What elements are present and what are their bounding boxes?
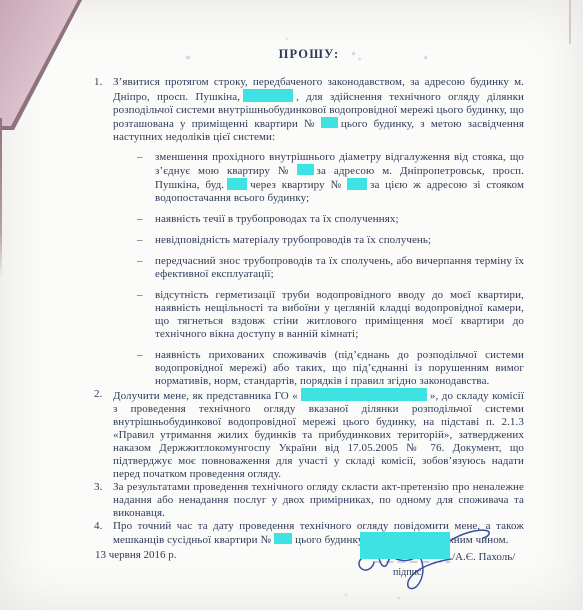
list-item: – наявність течії в трубопроводах та їх …	[113, 213, 524, 226]
bullet-dash: –	[137, 234, 143, 247]
page-fold-corner	[0, 0, 78, 126]
redaction-box-signature	[360, 532, 450, 559]
redaction-box-apartment-number	[347, 178, 367, 190]
list-item: – відсутність герметизації труби водопро…	[113, 289, 524, 341]
redaction-box-street-number	[243, 89, 293, 102]
list-item: – наявність прихованих споживачів (під’є…	[113, 349, 524, 388]
item-3-number: 3.	[94, 481, 102, 494]
scanned-document-page: ПРОШУ: 1. З’явитися протягом строку, пер…	[0, 0, 583, 610]
signee-name: /А.Є. Пахоль/	[452, 551, 515, 563]
scan-speck	[286, 38, 288, 40]
bullet-5-text: відсутність герметизації труби водопрові…	[155, 289, 524, 340]
list-item: – зменшення прохідного внутрішнього діам…	[113, 151, 524, 205]
bullet-dash: –	[137, 255, 143, 268]
scan-edge-line-right	[569, 0, 571, 44]
bullet-dash: –	[137, 213, 143, 226]
bullet-6-text: наявність прихованих споживачів (під’єдн…	[155, 349, 524, 387]
item-4-number: 4.	[94, 520, 102, 533]
list-item: – передчасний знос трубопроводів та їх с…	[113, 255, 524, 281]
item-2-text-b: », до складу комісії з проведення техніч…	[113, 390, 524, 480]
redaction-box-building-number	[227, 178, 247, 190]
numbered-item-3: 3. За результатами проведення технічного…	[94, 481, 524, 520]
item-3-text: За результатами проведення технічного ог…	[113, 481, 524, 519]
bullet-dash: –	[137, 349, 143, 362]
list-item: – невідповідність матеріалу трубопроводі…	[113, 234, 524, 247]
date-text: 13 червня 2016 р.	[95, 549, 177, 561]
bullet-1-text-c: через квартиру №	[250, 179, 344, 191]
document-body: ПРОШУ: 1. З’явитися протягом строку, пер…	[94, 44, 524, 547]
redaction-box-apartment-number	[274, 533, 292, 544]
signature-caption: підпис	[393, 567, 421, 578]
bullet-3-text: невідповідність матеріалу трубопроводів …	[155, 234, 431, 246]
bullet-dash: –	[137, 289, 143, 302]
numbered-item-1: 1. З’явитися протягом строку, передбачен…	[94, 76, 524, 388]
bullet-4-text: передчасний знос трубопроводів та їх спо…	[155, 255, 524, 280]
redaction-box-apartment-number	[321, 117, 338, 128]
request-heading: ПРОШУ:	[94, 47, 524, 61]
redaction-box-organization-name	[301, 388, 427, 401]
signature-block: /А.Є. Пахоль/ підпис	[340, 520, 583, 610]
redaction-box-apartment-number	[297, 164, 314, 175]
item-2-text-a: Долучити мене, як представника ГО «	[113, 390, 298, 402]
scan-edge-line-left	[0, 118, 2, 278]
defects-list: – зменшення прохідного внутрішнього діам…	[113, 151, 524, 388]
item-2-number: 2.	[94, 388, 102, 401]
numbered-item-2: 2. Долучити мене, як представника ГО «»,…	[94, 388, 524, 481]
bullet-dash: –	[137, 151, 143, 164]
item-1-number: 1.	[94, 76, 102, 89]
bullet-2-text: наявність течії в трубопроводах та їх сп…	[155, 213, 399, 225]
